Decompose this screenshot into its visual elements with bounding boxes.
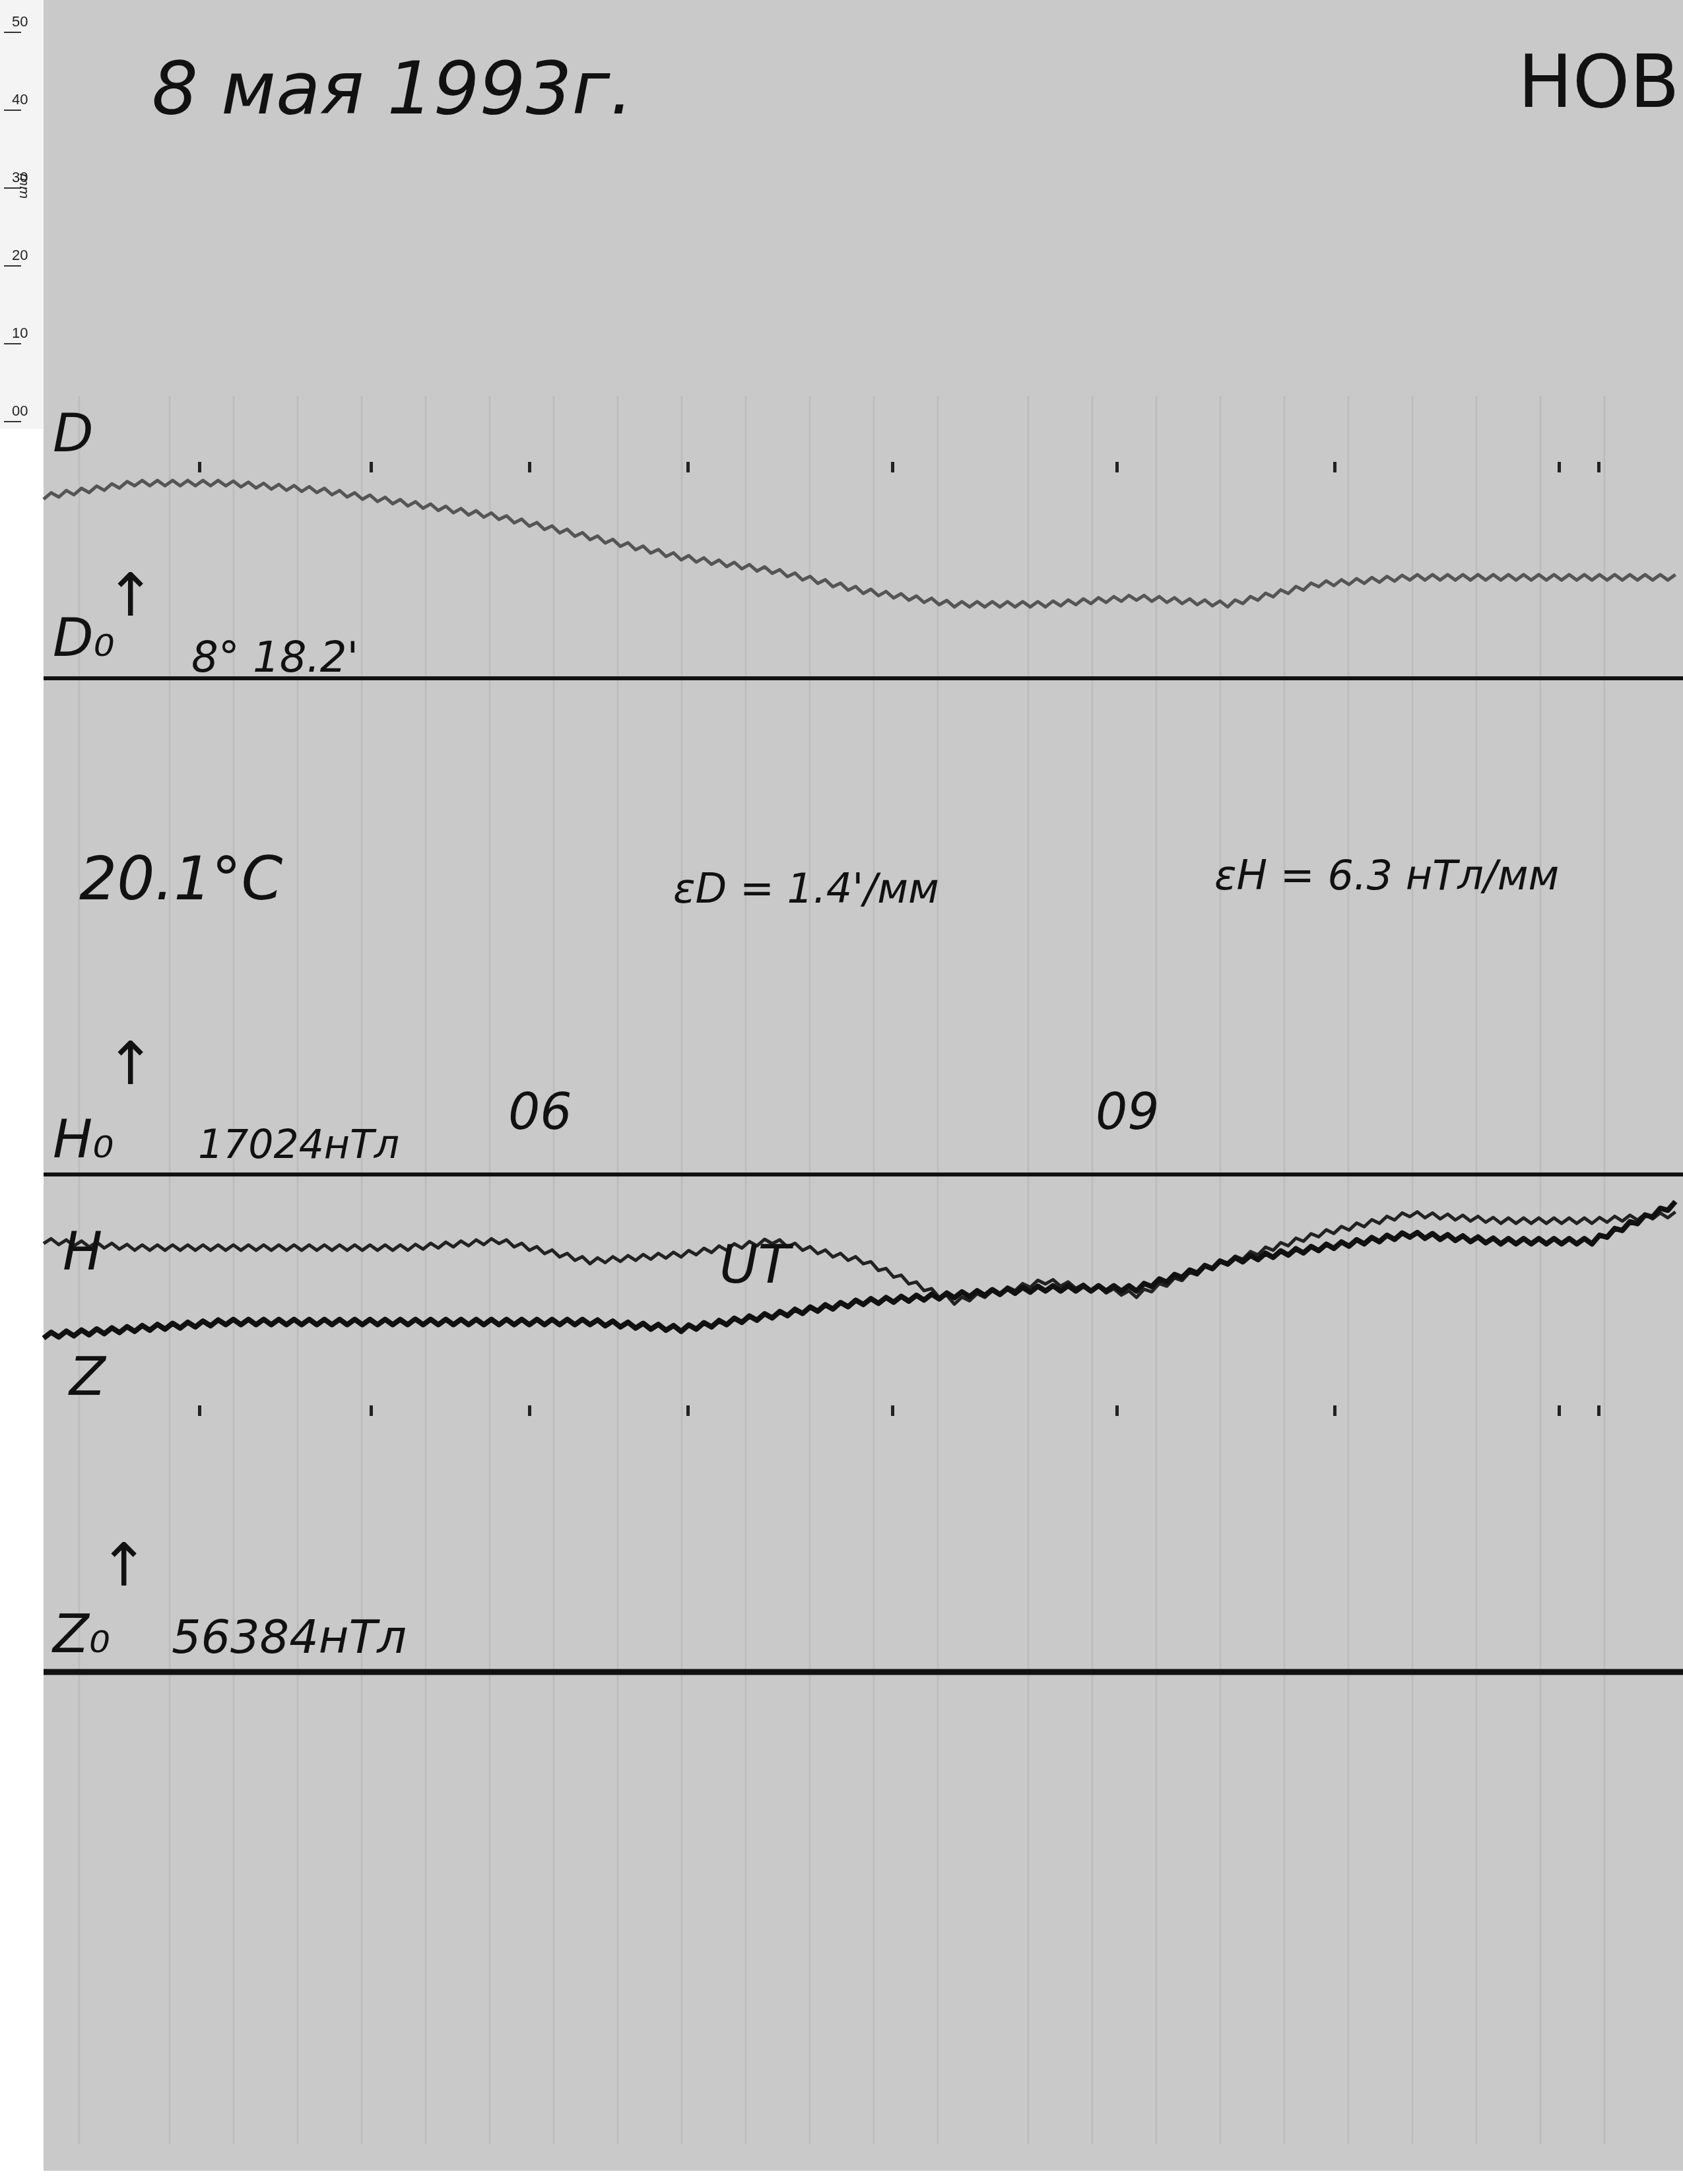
label-D: D [53, 402, 94, 464]
trace-Z [44, 1202, 1676, 1338]
date-title: 8 мая 1993г. [152, 46, 633, 131]
temperature: 20.1°C [79, 845, 282, 914]
arrow-up-icon: ↑ [106, 1029, 155, 1099]
label-Z0: Z₀ [53, 1603, 110, 1665]
station-code: НОВ. [1518, 40, 1683, 124]
hour-mark-09: 09 [1096, 1082, 1160, 1141]
label-H: H [63, 1221, 102, 1282]
D0-value: 8° 18.2' [191, 633, 358, 682]
trace-H [44, 1212, 1676, 1304]
label-UT: UT [719, 1234, 790, 1295]
Z0-value: 56384нТл [172, 1610, 407, 1664]
hour-mark-06: 06 [508, 1082, 572, 1141]
arrow-up-icon: ↑ [106, 561, 155, 630]
scale-D: εD = 1.4'/мм [673, 864, 939, 913]
arrow-up-icon: ↑ [99, 1531, 148, 1600]
label-H0: H₀ [53, 1108, 114, 1170]
magnetogram-traces [0, 0, 1683, 2184]
H0-value: 17024нТл [198, 1122, 399, 1168]
scale-H: εH = 6.3 нТл/мм [1214, 851, 1559, 899]
trace-D [44, 480, 1676, 607]
label-Z: Z [69, 1346, 106, 1407]
